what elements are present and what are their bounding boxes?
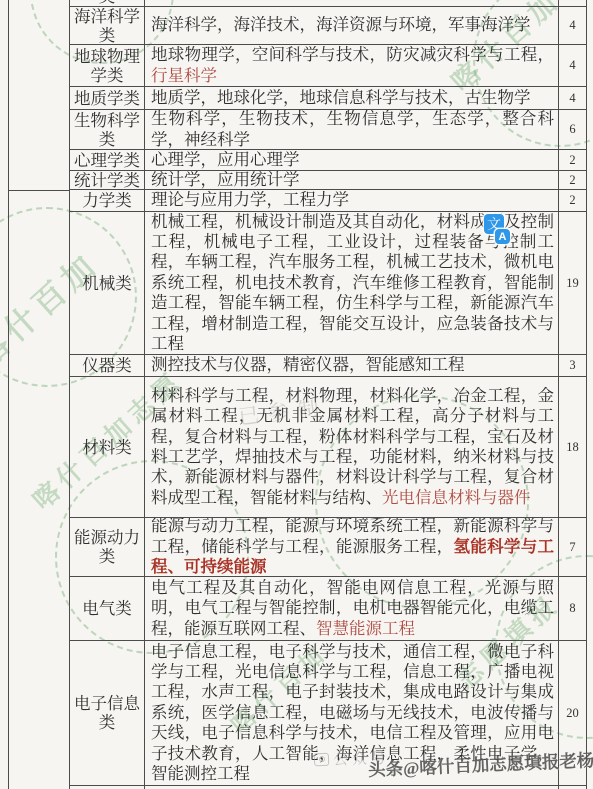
major-text: 统计学，应用统计学 bbox=[151, 171, 300, 189]
category-cell: 地球物理学类 bbox=[70, 45, 145, 86]
count-cell: 7 bbox=[559, 518, 586, 576]
majors-cell: 心理学，应用心理学 bbox=[145, 150, 559, 170]
category-cell: 生物科学类 bbox=[70, 110, 145, 149]
majors-cell: 理论与应用力学，工程力学 bbox=[145, 190, 559, 211]
count-cell: 8 bbox=[559, 577, 586, 640]
category-cell: 材料类 bbox=[70, 377, 145, 517]
table-row: 统计学类统计学，应用统计学2 bbox=[70, 171, 586, 190]
table-row: 电子信息类电子信息工程，电子科学与技术，通信工程，微电子科学与工程，光电信息科学… bbox=[70, 641, 586, 786]
major-text: 地质学，地球化学，地球信息科学与技术，古生物学 bbox=[151, 88, 531, 107]
group-divider bbox=[9, 190, 69, 191]
table-row: 类 bbox=[70, 0, 586, 7]
majors-table: 类海洋科学类海洋科学，海洋技术，海洋资源与环境，军事海洋学4地球物理学类地球物理… bbox=[70, 0, 587, 789]
count-cell: 2 bbox=[559, 150, 586, 170]
majors-cell bbox=[145, 0, 559, 6]
table-row: 能源动力类能源与动力工程，能源与环境系统工程，新能源科学与工程，储能科学与工程，… bbox=[70, 518, 586, 577]
count-cell: 4 bbox=[559, 45, 586, 86]
page: 喀什百加喀什百加志愿喀什百加志愿填报喀什百加 类海洋科学类海洋科学，海洋技术，海… bbox=[0, 0, 593, 789]
major-text: 测控技术与仪器，精密仪器，智能感知工程 bbox=[151, 355, 465, 374]
count-cell: 2 bbox=[559, 171, 586, 189]
category-cell: 机械类 bbox=[70, 212, 145, 354]
majors-cell: 能源与动力工程，能源与环境系统工程，新能源科学与工程，储能科学与工程，能源服务工… bbox=[145, 518, 559, 576]
count-cell: 19 bbox=[559, 212, 586, 354]
count-cell: 4 bbox=[559, 7, 586, 44]
category-cell: 力学类 bbox=[70, 190, 145, 211]
category-cell: 统计学类 bbox=[70, 171, 145, 189]
major-text-highlight: 行星科学 bbox=[151, 66, 217, 85]
majors-cell: 电子信息工程，电子科学与技术，通信工程，微电子科学与工程，光电信息科学与工程，信… bbox=[145, 641, 559, 785]
count-cell: 3 bbox=[559, 355, 586, 376]
major-text: 电子信息工程，电子科学与技术，通信工程，微电子科学与工程，光电信息科学与工程，信… bbox=[151, 642, 554, 783]
translate-icon-secondary: A bbox=[495, 229, 510, 244]
majors-cell: 地球物理学，空间科学与技术，防灾减灾科学与工程，行星科学 bbox=[145, 45, 559, 86]
category-cell: 电子信息类 bbox=[70, 641, 145, 785]
count-cell bbox=[559, 0, 586, 6]
majors-cell: 材料科学与工程，材料物理，材料化学，冶金工程，金属材料工程，无机非金属材料工程，… bbox=[145, 377, 559, 517]
table-row: 力学类理论与应用力学，工程力学2 bbox=[70, 190, 586, 212]
count-cell: 2 bbox=[559, 190, 586, 211]
majors-cell: 海洋科学，海洋技术，海洋资源与环境，军事海洋学 bbox=[145, 7, 559, 44]
major-text: 理论与应用力学，工程力学 bbox=[151, 190, 349, 209]
major-text: 地球物理学，空间科学与技术，防灾减灾科学与工程， bbox=[151, 45, 554, 64]
major-text: 生物科学，生物技术，生物信息学，生态学，整合科学，神经科学 bbox=[151, 110, 554, 149]
category-cell: 心理学类 bbox=[70, 150, 145, 170]
majors-cell: 统计学，应用统计学 bbox=[145, 171, 559, 189]
table-row: 电气类电气工程及其自动化，智能电网信息工程，光源与照明，电气工程与智能控制，电机… bbox=[70, 577, 586, 641]
category-cell: 仪器类 bbox=[70, 355, 145, 376]
table-row: 地球物理学类地球物理学，空间科学与技术，防灾减灾科学与工程，行星科学4 bbox=[70, 45, 586, 87]
category-cell: 类 bbox=[70, 0, 145, 6]
major-text-highlight: 智慧能源工程 bbox=[316, 619, 415, 638]
category-cell: 地质学类 bbox=[70, 87, 145, 109]
table-row: 心理学类心理学，应用心理学2 bbox=[70, 150, 586, 171]
major-text: 心理学，应用心理学 bbox=[151, 150, 300, 169]
majors-cell: 电气工程及其自动化，智能电网信息工程，光源与照明，电气工程与智能控制，电机电器智… bbox=[145, 577, 559, 640]
majors-cell: 测控技术与仪器，精密仪器，智能感知工程 bbox=[145, 355, 559, 376]
major-text: 海洋科学，海洋技术，海洋资源与环境，军事海洋学 bbox=[151, 15, 531, 34]
count-cell: 18 bbox=[559, 377, 586, 517]
table-row: 海洋科学类海洋科学，海洋技术，海洋资源与环境，军事海洋学4 bbox=[70, 7, 586, 45]
majors-cell: 生物科学，生物技术，生物信息学，生态学，整合科学，神经科学 bbox=[145, 110, 559, 149]
count-cell: 6 bbox=[559, 110, 586, 149]
table-row: 生物科学类生物科学，生物技术，生物信息学，生态学，整合科学，神经科学6 bbox=[70, 110, 586, 150]
major-text-highlight: 光电信息材料与器件 bbox=[382, 488, 531, 507]
majors-cell: 地质学，地球化学，地球信息科学与技术，古生物学 bbox=[145, 87, 559, 109]
category-cell: 能源动力类 bbox=[70, 518, 145, 576]
category-cell: 电气类 bbox=[70, 577, 145, 640]
table-row: 地质学类地质学，地球化学，地球信息科学与技术，古生物学4 bbox=[70, 87, 586, 110]
category-cell: 海洋科学类 bbox=[70, 7, 145, 44]
table-row: 材料类材料科学与工程，材料物理，材料化学，冶金工程，金属材料工程，无机非金属材料… bbox=[70, 377, 586, 518]
table-row: 仪器类测控技术与仪器，精密仪器，智能感知工程3 bbox=[70, 355, 586, 377]
count-cell: 4 bbox=[559, 87, 586, 109]
group-column bbox=[8, 0, 70, 789]
translate-icon[interactable]: 文 A bbox=[484, 214, 514, 250]
count-cell: 20 bbox=[559, 641, 586, 785]
